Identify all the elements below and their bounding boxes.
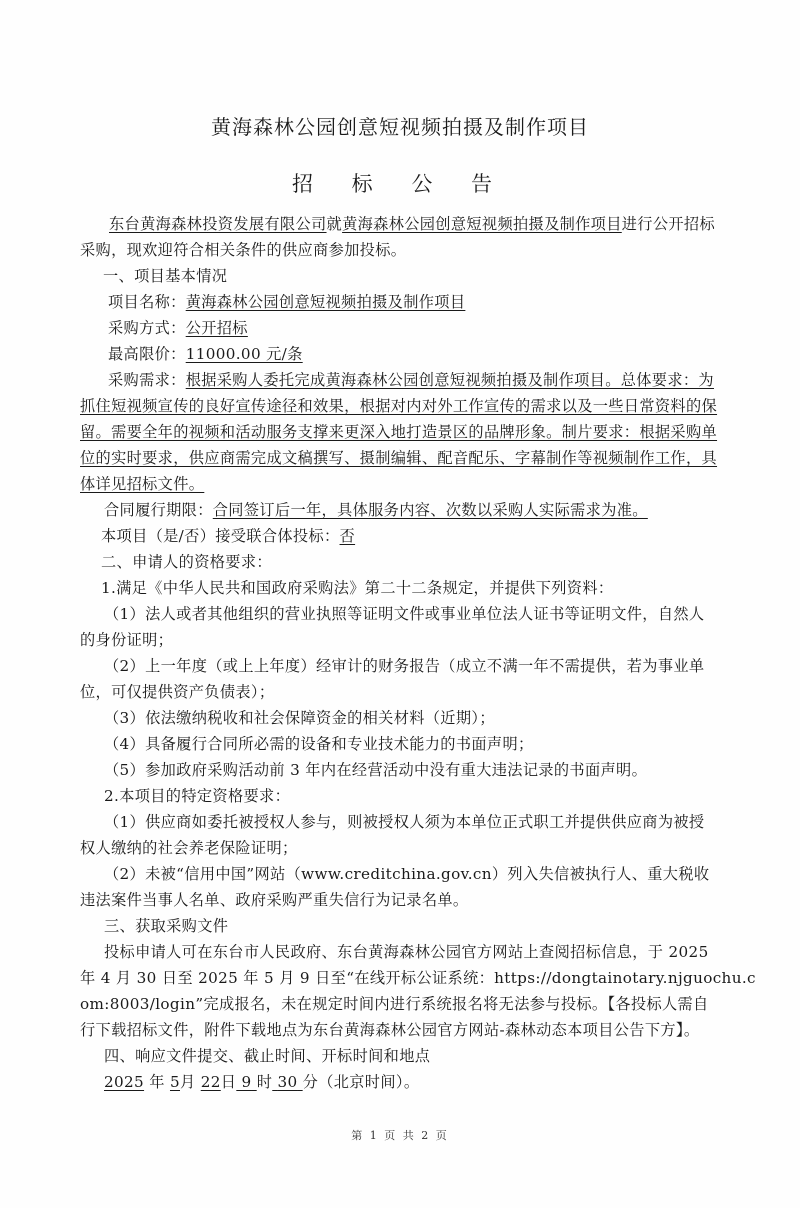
deadline-day: 22	[201, 1073, 221, 1091]
max-price-value: 11000.00 元/条	[186, 345, 303, 363]
sub2-line2: 位，可仅提供资产负债表）；	[80, 682, 274, 702]
document-subtitle: 招 标 公 告	[0, 168, 800, 198]
section2-item1: 1.满足《中华人民共和国政府采购法》第二十二条规定，并提供下列资料：	[101, 578, 613, 598]
deadline-month: 5	[170, 1073, 180, 1091]
demand-row-2: 抓住短视频宣传的良好宣传途径和效果，根据对内对外工作宣传的需求以及一些日常资料的…	[80, 396, 717, 416]
sub1-line1: （1）法人或者其他组织的营业执照等证明文件或事业单位法人证书等证明文件，自然人	[104, 604, 704, 624]
spec2-line2: 违法案件当事人名单、政府采购严重失信行为记录名单。	[80, 890, 468, 910]
spec2-line1: （2）未被“信用中国”网站（www.creditchina.gov.cn）列入失…	[104, 864, 709, 884]
section3-line1: 投标申请人可在东台市人民政府、东台黄海森林公园官方网站上查阅招标信息，于 202…	[104, 942, 709, 962]
section2-item2: 2.本项目的特定资格要求：	[104, 786, 290, 806]
demand-row-4: 位的实时要求，供应商需完成文稿撰写、摄制编辑、配音配乐、字幕制作等视频制作工作，…	[80, 448, 717, 468]
deadline-minute: 30	[272, 1073, 302, 1091]
deadline-row: 2025 年 5月 22日 9 时 30 分（北京时间）。	[104, 1072, 419, 1092]
consortium-value: 否	[340, 527, 356, 545]
demand-row-1: 采购需求：根据采购人委托完成黄海森林公园创意短视频拍摄及制作项目。总体要求：为	[108, 370, 714, 390]
max-price-row: 最高限价：11000.00 元/条	[108, 344, 303, 364]
sub2-line1: （2）上一年度（或上上年度）经审计的财务报告（成立不满一年不需提供，若为事业单	[104, 656, 704, 676]
section3-line3: om:8003/login”完成报名，未在规定时间内进行系统报名将无法参与投标。…	[80, 994, 709, 1014]
sub4: （4）具备履行合同所必需的设备和专业技术能力的书面声明；	[104, 734, 534, 754]
method-row: 采购方式：公开招标	[108, 318, 248, 338]
document-page: 黄海森林公园创意短视频拍摄及制作项目 招 标 公 告 东台黄海森林投资发展有限公…	[0, 0, 800, 1208]
spec1-line2: 权人缴纳的社会养老保险证明；	[80, 838, 298, 858]
demand-row-3: 留。需要全年的视频和活动服务支撑来更深入地打造景区的品牌形象。制片要求：根据采购…	[80, 422, 717, 442]
section4-heading: 四、响应文件提交、截止时间、开标时间和地点	[104, 1046, 430, 1066]
sub5: （5）参加政府采购活动前 3 年内在经营活动中没有重大违法记录的书面声明。	[104, 760, 647, 780]
section3-line2: 年 4 月 30 日至 2025 年 5 月 9 日至“在线开标公证系统：htt…	[80, 968, 756, 988]
section3-heading: 三、获取采购文件	[104, 916, 228, 936]
intro-line-2: 采购，现欢迎符合相关条件的供应商参加投标。	[80, 240, 406, 260]
sub1-line2: 的身份证明；	[80, 630, 173, 650]
term-row: 合同履行期限：合同签订后一年，具体服务内容、次数以采购人实际需求为准。	[104, 500, 648, 520]
section3-line4: 行下载招标文件，附件下载地点为东台黄海森林公园官方网站-森林动态本项目公告下方】…	[80, 1020, 699, 1040]
consortium-row: 本项目（是/否）接受联合体投标：否	[101, 526, 355, 546]
page-number: 第 1 页 共 2 页	[0, 1127, 800, 1143]
section2-heading: 二、申请人的资格要求：	[101, 552, 272, 572]
deadline-hour: 9	[236, 1073, 256, 1091]
sub3: （3）依法缴纳税收和社会保障资金的相关材料（近期）；	[104, 708, 495, 728]
spec1-line1: （1）供应商如委托被授权人参与，则被授权人须为本单位正式职工并提供供应商为被授	[104, 812, 704, 832]
deadline-year: 2025	[104, 1073, 144, 1091]
project-name-row: 项目名称：黄海森林公园创意短视频拍摄及制作项目	[108, 292, 465, 312]
intro-line-1: 东台黄海森林投资发展有限公司就黄海森林公园创意短视频拍摄及制作项目进行公开招标	[109, 214, 715, 234]
demand-row-5: 体详见招标文件。	[80, 474, 204, 494]
project-name-value: 黄海森林公园创意短视频拍摄及制作项目	[186, 293, 466, 311]
term-value: 合同签订后一年，具体服务内容、次数以采购人实际需求为准。	[213, 501, 648, 519]
intro-project-name: 黄海森林公园创意短视频拍摄及制作项目	[342, 215, 622, 233]
document-title: 黄海森林公园创意短视频拍摄及制作项目	[0, 111, 800, 140]
purchaser-name: 东台黄海森林投资发展有限公司	[109, 215, 327, 233]
section1-heading: 一、项目基本情况	[103, 266, 227, 286]
method-value: 公开招标	[186, 319, 248, 337]
